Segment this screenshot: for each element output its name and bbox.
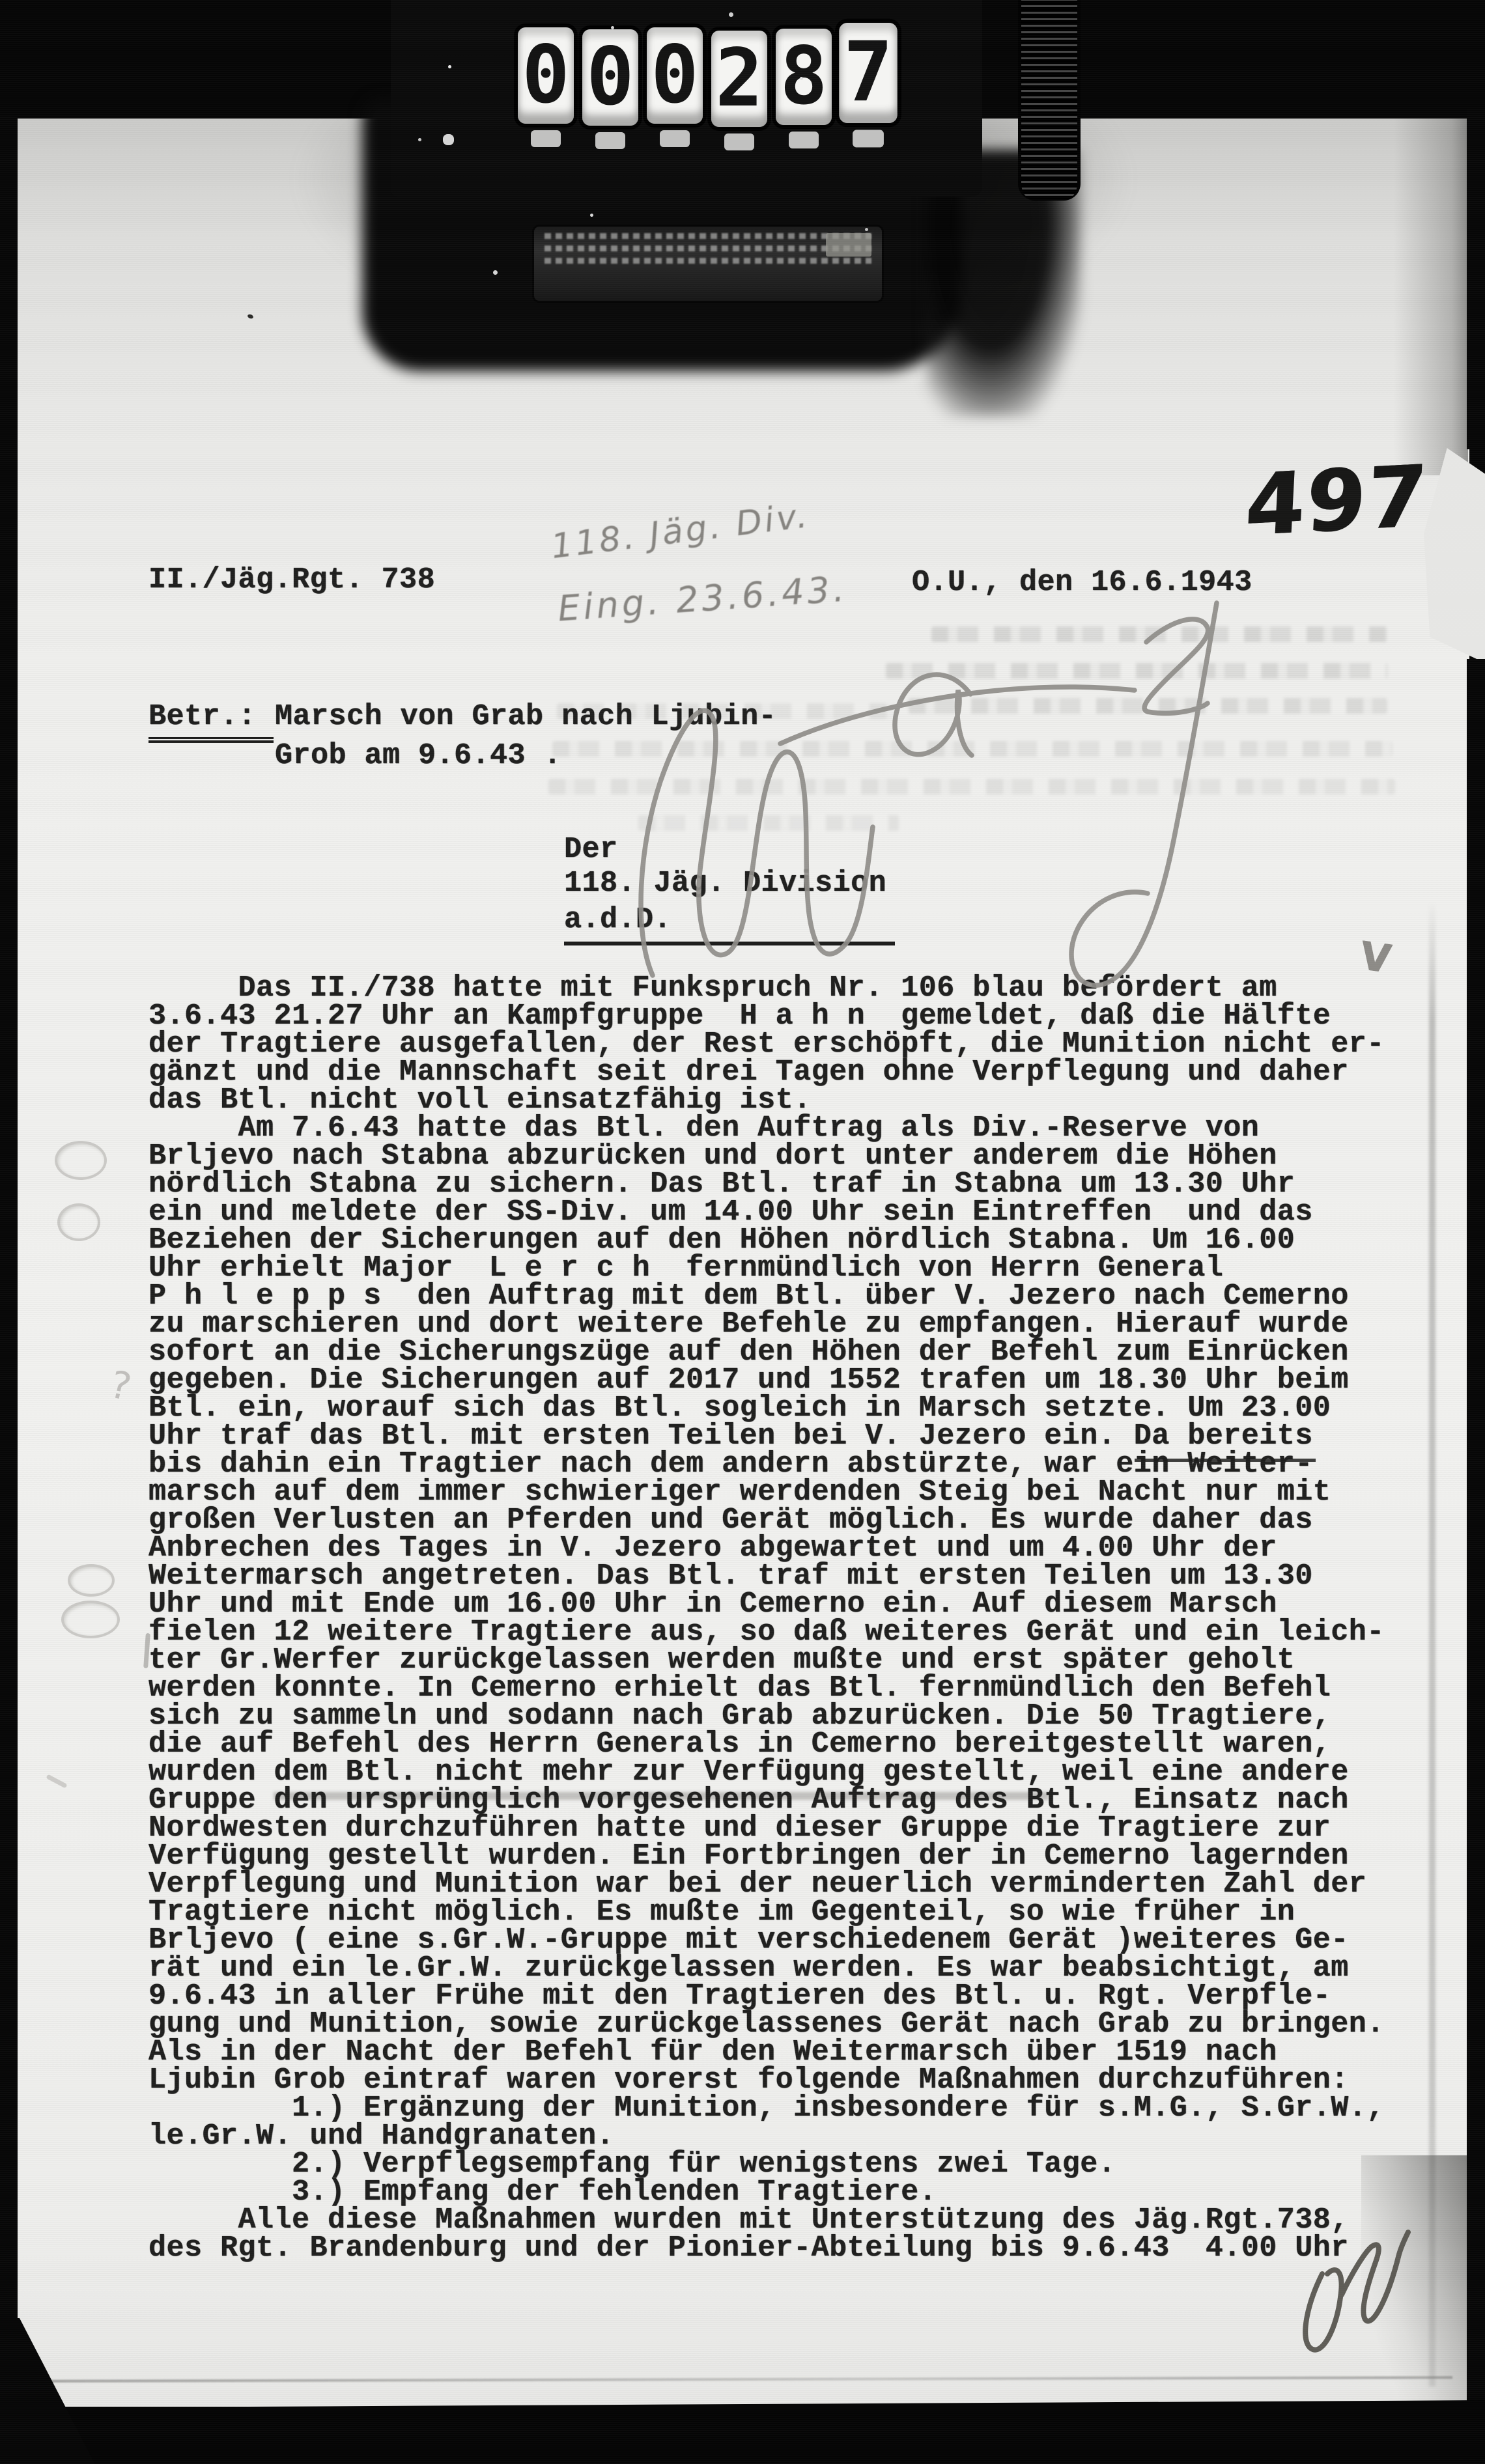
- plate-text-row: [544, 245, 871, 251]
- counter-digit: 8: [776, 29, 832, 125]
- initials-mark: [1305, 2232, 1408, 2350]
- counter-digit: 0: [518, 27, 574, 124]
- knurled-knob: [1018, 0, 1081, 201]
- dust-specks: [448, 65, 451, 68]
- scan-edge-bottom: [0, 2400, 1485, 2464]
- scanned-document-page: II./Jäg.Rgt. 738 O.U., den 16.6.1943 Bet…: [0, 0, 1485, 2464]
- counter-digit: 0: [582, 29, 638, 126]
- scan-edge-right: [1467, 659, 1485, 2407]
- signature-scribble: [641, 603, 1217, 985]
- frame-counter: 0 0 0 2 8 7: [518, 27, 896, 124]
- plate-text-row: [544, 258, 871, 264]
- scan-edge-right: [1467, 109, 1485, 449]
- device-label-plate: [534, 227, 882, 301]
- plate-chip: [826, 233, 871, 257]
- counter-digit: 0: [647, 27, 703, 124]
- scan-edge-left: [0, 116, 18, 2408]
- plate-text-row: [544, 233, 871, 239]
- counter-digit: 2: [711, 31, 767, 127]
- counter-digit: 7: [839, 23, 897, 123]
